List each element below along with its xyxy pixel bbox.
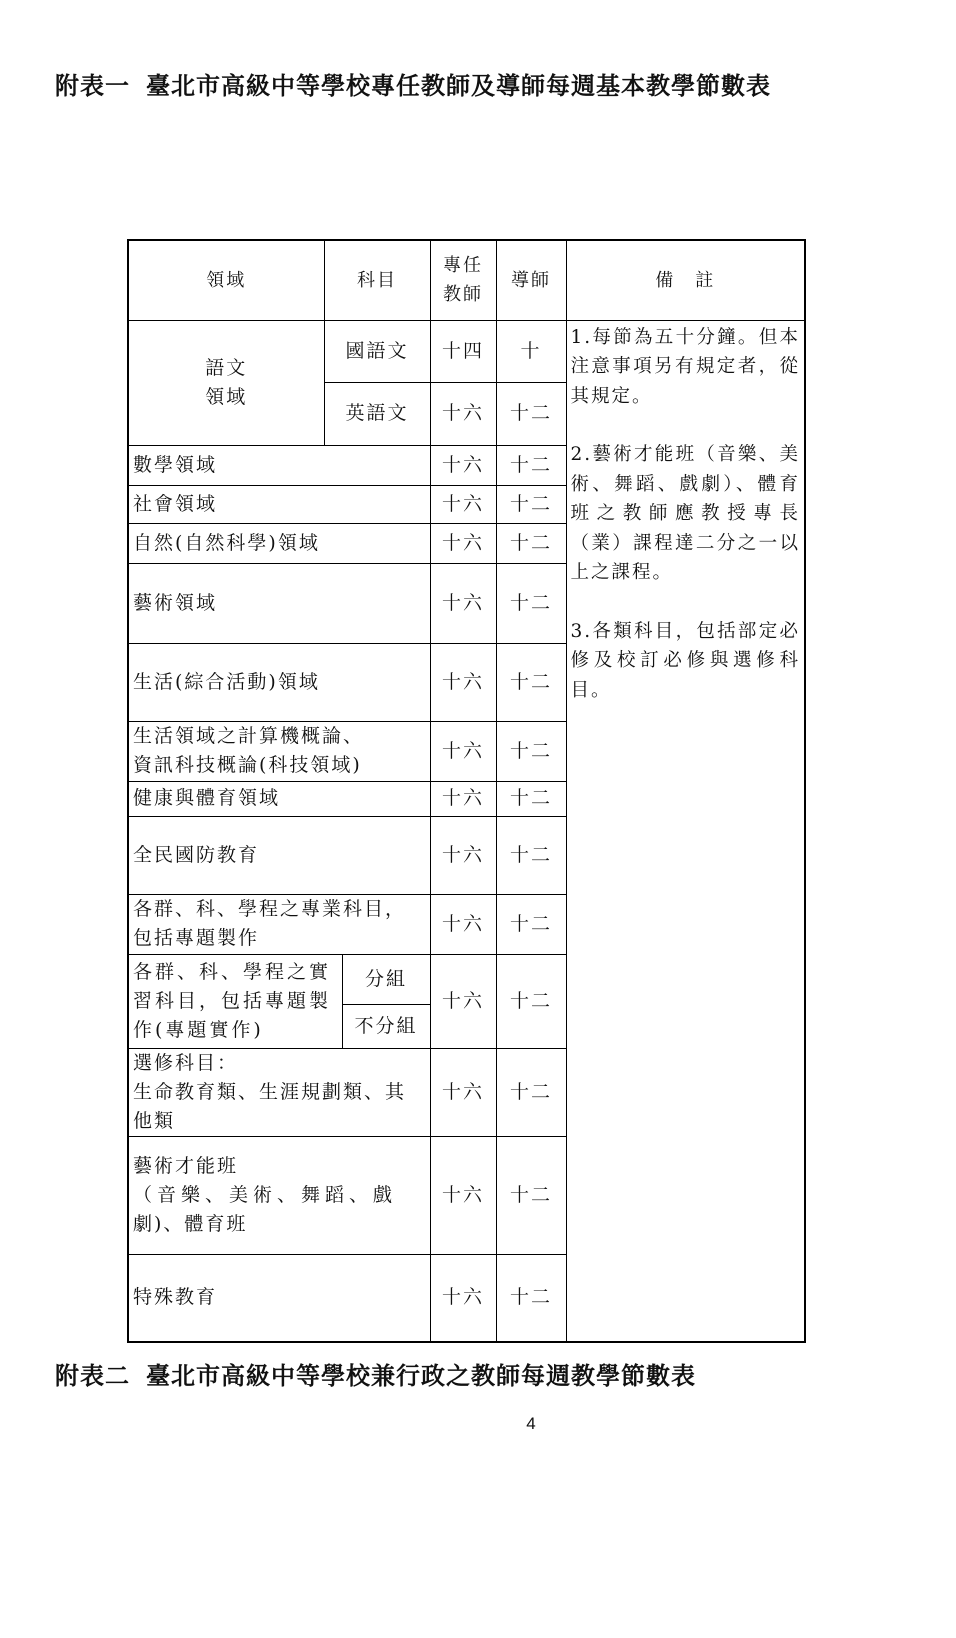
header-fulltime-teacher: 專任 教師 [430,240,496,320]
header-subject: 科目 [324,240,430,320]
homeroom-cell: 十二 [496,382,566,445]
header-fulltime-line1: 專任 [435,251,492,280]
fulltime-cell: 十六 [430,643,496,721]
sub-ungrouped-cell: 不分組 [342,1004,430,1048]
domain-cell: 社會領域 [128,485,430,523]
domain-cell: 各群、科、學程之專業科目， 包括專題製作 [128,894,430,954]
domain-cell: 生活(綜合活動)領域 [128,643,430,721]
header-notes: 備 註 [566,240,805,320]
homeroom-cell: 十二 [496,954,566,1048]
table1-title-prefix: 附表一 [55,72,130,100]
header-domain: 領域 [128,240,324,320]
homeroom-cell: 十二 [496,781,566,816]
subject-cell: 英語文 [324,382,430,445]
fulltime-cell: 十六 [430,485,496,523]
fulltime-cell: 十六 [430,781,496,816]
homeroom-cell: 十二 [496,894,566,954]
table1-title-text: 臺北市高級中等學校專任教師及導師每週基本教學節數表 [146,72,771,100]
domain-cell: 特殊教育 [128,1254,430,1342]
sub-grouped-cell: 分組 [342,954,430,1004]
domain-line: 劇)、體育班 [133,1210,426,1239]
homeroom-cell: 十二 [496,1136,566,1254]
table2-title-prefix: 附表二 [55,1362,130,1390]
table2-title: 附表二臺北市高級中等學校兼行政之教師每週教學節數表 [55,1356,696,1391]
domain-cell: 藝術才能班 （音樂、美術、舞蹈、戲 劇)、體育班 [128,1136,430,1254]
domain-line: 選修科目： [133,1049,426,1078]
fulltime-cell: 十六 [430,445,496,485]
note-1: 1.每節為五十分鐘。但本注意事項另有規定者，從其規定。 [571,323,801,412]
table2-title-text: 臺北市高級中等學校兼行政之教師每週教學節數表 [146,1362,696,1390]
homeroom-cell: 十二 [496,445,566,485]
fulltime-cell: 十四 [430,320,496,382]
domain-line: 各群、科、學程之專業科目， [133,895,426,924]
domain-line: （音樂、美術、舞蹈、戲 [133,1181,426,1210]
teaching-hours-table: 領域 科目 專任 教師 導師 備 註 語文 領域 國語文 十四 十 1.每節為五… [127,239,806,1343]
header-row: 領域 科目 專任 教師 導師 備 註 [128,240,805,320]
domain-cell: 藝術領域 [128,563,430,643]
homeroom-cell: 十二 [496,643,566,721]
homeroom-cell: 十二 [496,816,566,894]
domain-line: 生命教育類、生涯規劃類、其 [133,1078,426,1107]
domain-line: 包括專題製作 [133,924,426,953]
practicum-domain-cell: 各群、科、學程之實 習科目，包括專題製 作(專題實作) [128,954,342,1048]
domain-cell: 健康與體育領域 [128,781,430,816]
table-row: 語文 領域 國語文 十四 十 1.每節為五十分鐘。但本注意事項另有規定者，從其規… [128,320,805,382]
fulltime-cell: 十六 [430,816,496,894]
domain-cell: 選修科目： 生命教育類、生涯規劃類、其 他類 [128,1048,430,1136]
language-domain-line1: 語文 [133,354,320,383]
domain-line: 習科目，包括專題製 [133,987,338,1016]
homeroom-cell: 十二 [496,485,566,523]
fulltime-cell: 十六 [430,523,496,563]
homeroom-cell: 十二 [496,523,566,563]
homeroom-cell: 十二 [496,1048,566,1136]
fulltime-cell: 十六 [430,1254,496,1342]
note-2: 2.藝術才能班（音樂、美術、舞蹈、戲劇）、體育班之教師應教授專長（業）課程達二分… [571,440,801,588]
domain-line: 作(專題實作) [133,1016,338,1045]
domain-line: 他類 [133,1107,426,1136]
fulltime-cell: 十六 [430,382,496,445]
fulltime-cell: 十六 [430,954,496,1048]
page-number: 4 [0,1414,956,1434]
subject-cell: 國語文 [324,320,430,382]
homeroom-cell: 十 [496,320,566,382]
header-homeroom: 導師 [496,240,566,320]
fulltime-cell: 十六 [430,721,496,781]
note-3: 3.各類科目，包括部定必修及校訂必修與選修科目。 [571,617,801,706]
fulltime-cell: 十六 [430,1048,496,1136]
domain-cell: 數學領域 [128,445,430,485]
fulltime-cell: 十六 [430,1136,496,1254]
domain-cell: 生活領域之計算機概論、 資訊科技概論(科技領域) [128,721,430,781]
domain-line: 藝術才能班 [133,1152,426,1181]
table1-title: 附表一臺北市高級中等學校專任教師及導師每週基本教學節數表 [55,66,771,101]
language-domain-cell: 語文 領域 [128,320,324,445]
notes-cell: 1.每節為五十分鐘。但本注意事項另有規定者，從其規定。 2.藝術才能班（音樂、美… [566,320,805,1342]
domain-line: 生活領域之計算機概論、 [133,722,426,751]
domain-line: 各群、科、學程之實 [133,958,338,987]
domain-cell: 全民國防教育 [128,816,430,894]
homeroom-cell: 十二 [496,721,566,781]
language-domain-line2: 領域 [133,383,320,412]
fulltime-cell: 十六 [430,894,496,954]
fulltime-cell: 十六 [430,563,496,643]
domain-cell: 自然(自然科學)領域 [128,523,430,563]
header-fulltime-line2: 教師 [435,280,492,309]
domain-line: 資訊科技概論(科技領域) [133,751,426,780]
homeroom-cell: 十二 [496,1254,566,1342]
homeroom-cell: 十二 [496,563,566,643]
